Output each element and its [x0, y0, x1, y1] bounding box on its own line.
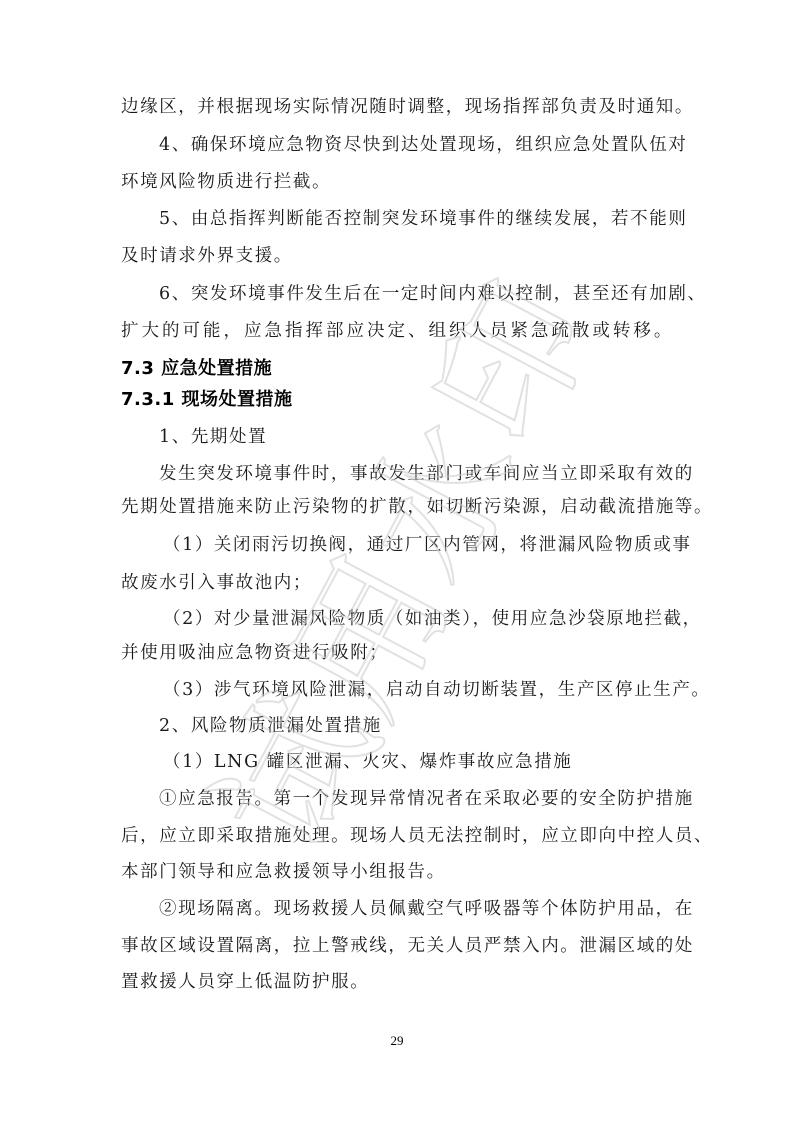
paragraph-line: 扩大的可能，应急指挥部应决定、组织人员紧急疏散或转移。 [121, 318, 673, 344]
paragraph-line: 并使用吸油应急物资进行吸附； [121, 640, 673, 666]
item-heading-lng-tank: （1）LNG 罐区泄漏、火灾、爆炸事故应急措施 [163, 749, 673, 775]
paragraph-line: 置救援人员穿上低温防护服。 [121, 969, 673, 995]
document-page: 边缘区，并根据现场实际情况随时调整，现场指挥部负责及时通知。 4、确保环境应急物… [0, 0, 794, 1123]
paragraph-line: 本部门领导和应急救援领导小组报告。 [121, 859, 673, 885]
paragraph-line-sub-2: （2）对少量泄漏风险物质（如油类），使用应急沙袋原地拦截， [163, 606, 673, 632]
paragraph-line-emergency-report: ①应急报告。第一个发现异常情况者在采取必要的安全防护措施 [159, 786, 673, 812]
paragraph-line-item-5: 5、由总指挥判断能否控制突发环境事件的继续发展，若不能则 [159, 206, 673, 232]
paragraph-line: 故废水引入事故池内； [121, 570, 673, 596]
subsection-heading-7-3-1: 7.3.1 现场处置措施 [121, 387, 293, 413]
section-heading-7-3: 7.3 应急处置措施 [121, 356, 272, 382]
paragraph-line: 先期处置措施来防止污染物的扩散，如切断污染源，启动截流措施等。 [121, 494, 673, 520]
paragraph-line-sub-3: （3）涉气环境风险泄漏，启动自动切断装置，生产区停止生产。 [163, 677, 673, 703]
paragraph-line-item-6: 6、突发环境事件发生后在一定时间内难以控制，甚至还有加剧、 [159, 281, 673, 307]
paragraph-line: 环境风险物质进行拦截。 [121, 169, 673, 195]
paragraph-line: 后，应立即采取措施处理。现场人员无法控制时，应立即向中控人员、 [121, 823, 673, 849]
paragraph-line: 及时请求外界支援。 [121, 243, 673, 269]
paragraph-line: 发生突发环境事件时，事故发生部门或车间应当立即采取有效的 [159, 461, 673, 487]
item-heading-initial-response: 1、先期处置 [159, 424, 673, 450]
paragraph-line: 事故区域设置隔离，拉上警戒线，无关人员严禁入内。泄漏区域的处 [121, 933, 673, 959]
page-number: 29 [0, 1033, 794, 1049]
paragraph-line-sub-1: （1）关闭雨污切换阀，通过厂区内管网，将泄漏风险物质或事 [163, 532, 673, 558]
paragraph-line: 边缘区，并根据现场实际情况随时调整，现场指挥部负责及时通知。 [121, 94, 673, 120]
paragraph-line-site-isolation: ②现场隔离。现场救援人员佩戴空气呼吸器等个体防护用品，在 [159, 896, 673, 922]
paragraph-line-item-4: 4、确保环境应急物资尽快到达处置现场，组织应急处置队伍对 [159, 132, 673, 158]
item-heading-leak-measures: 2、风险物质泄漏处置措施 [159, 713, 673, 739]
